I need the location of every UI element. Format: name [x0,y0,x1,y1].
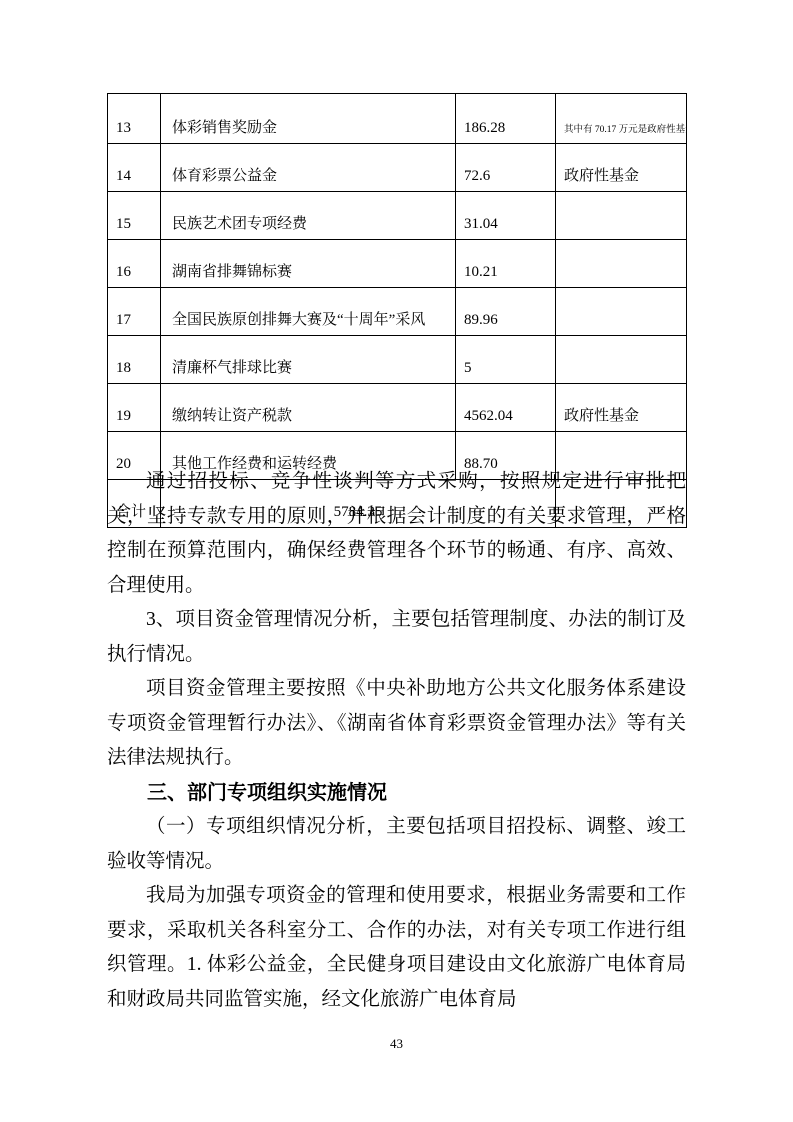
note [556,240,687,288]
note [556,288,687,336]
amount: 4562.04 [456,384,556,432]
project-name: 民族艺术团专项经费 [161,192,456,240]
amount: 10.21 [456,240,556,288]
row-number: 17 [108,288,161,336]
body-text: 通过招投标、竞争性谈判等方式采购，按照规定进行审批把关，坚持专款专用的原则，并根… [107,465,686,1017]
table-row: 16 湖南省排舞锦标赛 10.21 [108,240,687,288]
note [556,336,687,384]
project-name: 体育彩票公益金 [161,144,456,192]
paragraph-regulations: 项目资金管理主要按照《中央补助地方公共文化服务体系建设专项资金管理暂行办法》、《… [107,672,686,776]
table-row: 18 清廉杯气排球比赛 5 [108,336,687,384]
section-heading: 三、部门专项组织实施情况 [107,776,686,811]
row-number: 15 [108,192,161,240]
note [556,192,687,240]
row-number: 13 [108,94,161,144]
note: 其中有 70.17 万元是政府性基金 [556,94,687,144]
amount: 5 [456,336,556,384]
table-row: 19 缴纳转让资产税款 4562.04 政府性基金 [108,384,687,432]
paragraph-fund-analysis: 3、项目资金管理情况分析，主要包括管理制度、办法的制订及执行情况。 [107,603,686,672]
project-name: 体彩销售奖励金 [161,94,456,144]
amount: 89.96 [456,288,556,336]
note: 政府性基金 [556,144,687,192]
table-row: 13 体彩销售奖励金 186.28 其中有 70.17 万元是政府性基金 [108,94,687,144]
amount: 186.28 [456,94,556,144]
project-name: 全国民族原创排舞大赛及“十周年”采风 [161,288,456,336]
special-funds-table: 13 体彩销售奖励金 186.28 其中有 70.17 万元是政府性基金 14 … [107,93,687,528]
project-name: 清廉杯气排球比赛 [161,336,456,384]
paragraph-org-analysis: （一）专项组织情况分析，主要包括项目招投标、调整、竣工验收等情况。 [107,810,686,879]
row-number: 16 [108,240,161,288]
note: 政府性基金 [556,384,687,432]
row-number: 18 [108,336,161,384]
paragraph-procurement: 通过招投标、竞争性谈判等方式采购，按照规定进行审批把关，坚持专款专用的原则，并根… [107,465,686,603]
amount: 72.6 [456,144,556,192]
table-row: 17 全国民族原创排舞大赛及“十周年”采风 89.96 [108,288,687,336]
page-number: 43 [390,1036,403,1051]
document-page: 13 体彩销售奖励金 186.28 其中有 70.17 万元是政府性基金 14 … [0,0,793,1122]
page-footer: 43 [0,1036,793,1052]
row-number: 19 [108,384,161,432]
paragraph-management: 我局为加强专项资金的管理和使用要求，根据业务需要和工作要求，采取机关各科室分工、… [107,879,686,1017]
amount: 31.04 [456,192,556,240]
table-row: 15 民族艺术团专项经费 31.04 [108,192,687,240]
row-number: 14 [108,144,161,192]
table-row: 14 体育彩票公益金 72.6 政府性基金 [108,144,687,192]
project-name: 缴纳转让资产税款 [161,384,456,432]
project-name: 湖南省排舞锦标赛 [161,240,456,288]
